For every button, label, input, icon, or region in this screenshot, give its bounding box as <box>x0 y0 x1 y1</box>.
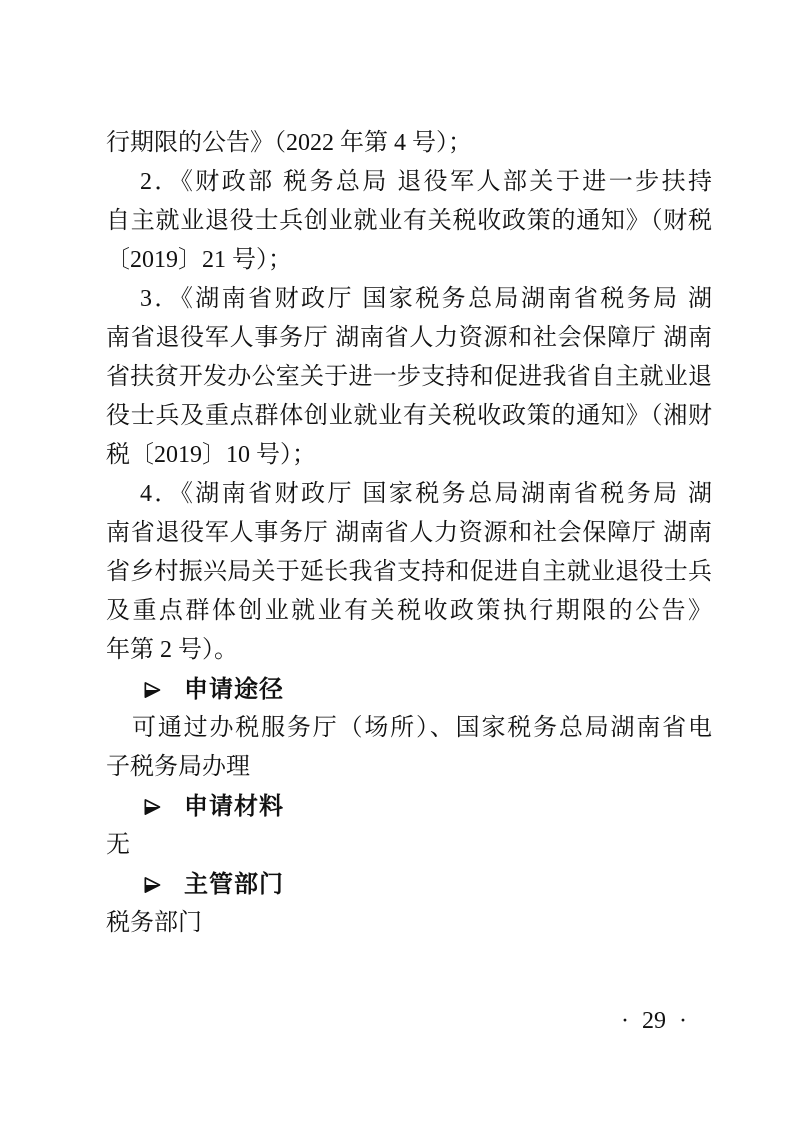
heading-label: 申请材料 <box>184 787 284 826</box>
body-line: 税务部门 <box>106 904 712 943</box>
heading-label: 主管部门 <box>184 865 284 904</box>
arrow-bullet-icon <box>142 680 162 700</box>
body-line-item-3: 3．《湖南省财政厅 国家税务总局湖南省税务局 湖 <box>106 280 712 319</box>
page-body: 行期限的公告》（2022 年第 4 号）； 2．《财政部 税务总局 退役军人部关… <box>106 124 712 943</box>
body-line: 南省退役军人事务厅 湖南省人力资源和社会保障厅 湖南 <box>106 514 712 553</box>
body-line: 子税务局办理 <box>106 748 712 787</box>
body-line-item-4: 4．《湖南省财政厅 国家税务总局湖南省税务局 湖 <box>106 475 712 514</box>
body-line: 年第 2 号）。 <box>106 631 712 670</box>
body-line: 及重点群体创业就业有关税收政策执行期限的公告》（2022 <box>106 592 712 631</box>
body-line: 可通过办税服务厅（场所）、国家税务总局湖南省电 <box>106 709 712 748</box>
heading-application-materials: 申请材料 <box>106 787 712 826</box>
body-line: 无 <box>106 826 712 865</box>
body-line: 税〔2019〕10 号）； <box>106 436 712 475</box>
body-line-item-2: 2．《财政部 税务总局 退役军人部关于进一步扶持 <box>106 163 712 202</box>
body-line: 行期限的公告》（2022 年第 4 号）； <box>106 124 712 163</box>
page-number: · 29 · <box>621 1008 687 1035</box>
heading-application-channel: 申请途径 <box>106 670 712 709</box>
body-line: 省扶贫开发办公室关于进一步支持和促进我省自主就业退 <box>106 358 712 397</box>
body-line: 南省退役军人事务厅 湖南省人力资源和社会保障厅 湖南 <box>106 319 712 358</box>
arrow-bullet-icon <box>142 797 162 817</box>
footer-dot-right: · <box>679 1008 687 1035</box>
body-line: 〔2019〕21 号）； <box>106 241 712 280</box>
footer-page-number: 29 <box>642 1008 666 1035</box>
heading-label: 申请途径 <box>184 670 284 709</box>
body-line: 省乡村振兴局关于延长我省支持和促进自主就业退役士兵 <box>106 553 712 592</box>
heading-competent-department: 主管部门 <box>106 865 712 904</box>
arrow-bullet-icon <box>142 875 162 895</box>
body-line: 自主就业退役士兵创业就业有关税收政策的通知》（财税 <box>106 202 712 241</box>
footer-dot-left: · <box>621 1008 629 1035</box>
body-line: 役士兵及重点群体创业就业有关税收政策的通知》（湘财 <box>106 397 712 436</box>
